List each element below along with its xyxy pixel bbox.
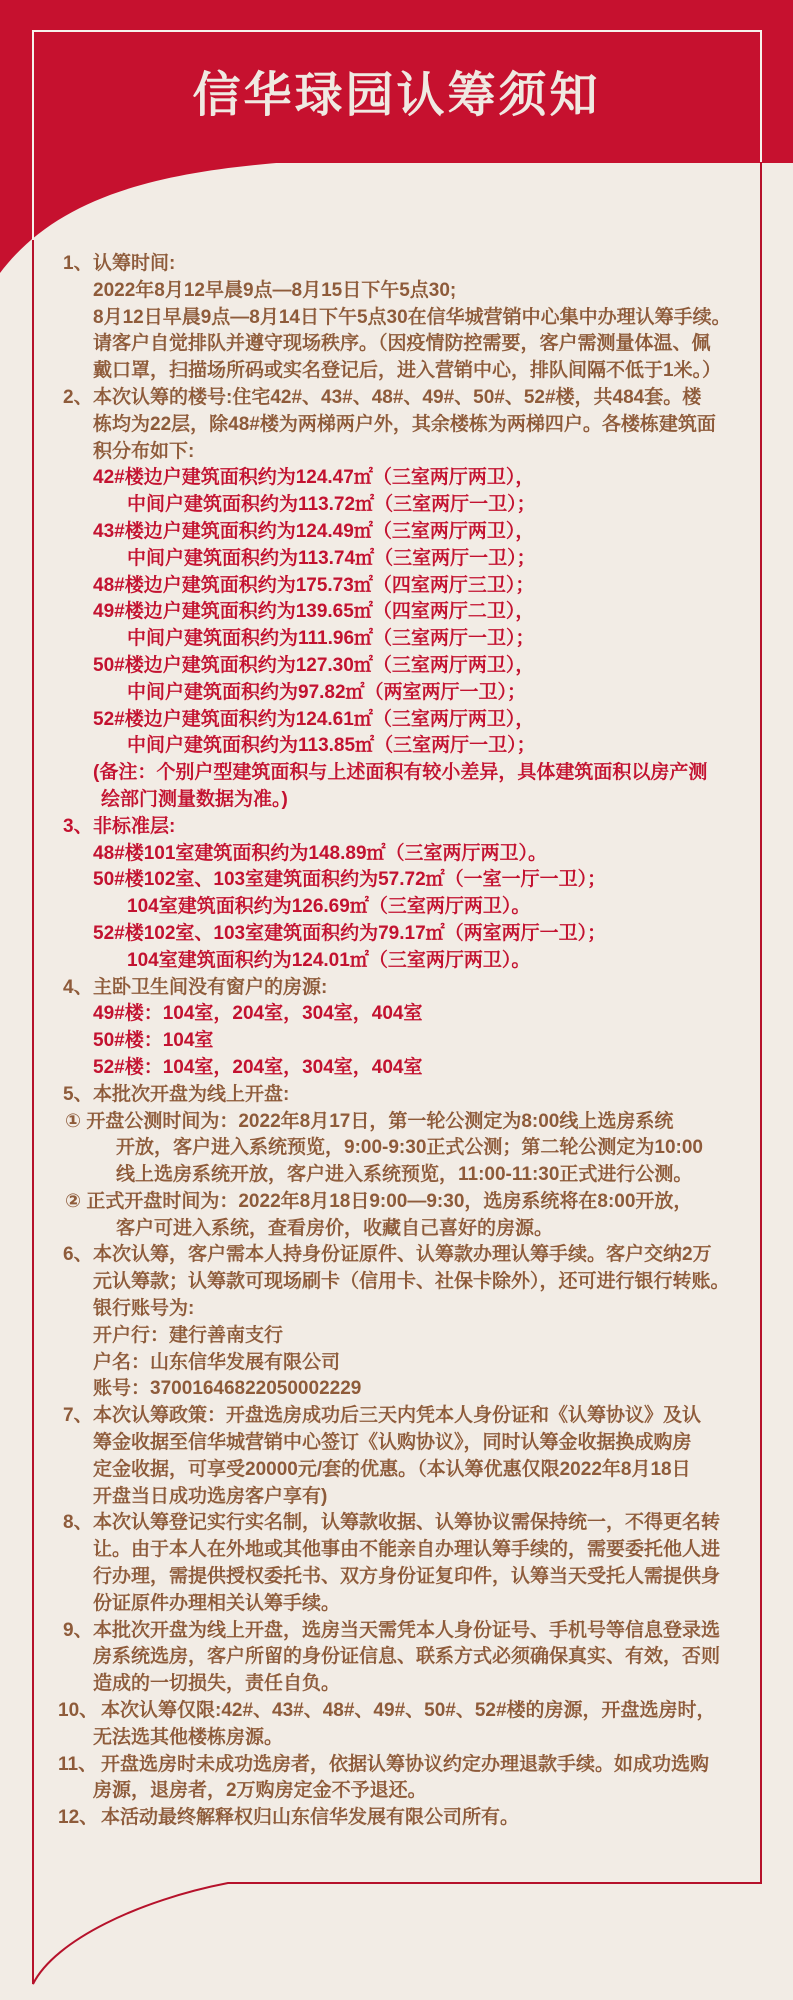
notice-line: ② 正式开盘时间为：2022年8月18日9:00—9:30，选房系统将在8:00…: [0, 1189, 793, 1216]
item-number: 9、: [63, 1618, 93, 1645]
notice-line: 6、本次认筹，客户需本人持身份证原件、认筹款办理认筹手续。客户交纳2万: [0, 1242, 793, 1269]
notice-line: 3、非标准层:: [0, 814, 793, 841]
notice-line: 50#楼102室、103室建筑面积约为57.72㎡（一室一厅一卫）；: [0, 867, 793, 894]
notice-line: 元认筹款；认筹款可现场刷卡（信用卡、社保卡除外），还可进行银行转账。: [0, 1269, 793, 1296]
notice-line: 开盘当日成功选房客户享有): [0, 1484, 793, 1511]
notice-line: 中间户建筑面积约为97.82㎡（两室两厅一卫）；: [0, 680, 793, 707]
notice-line: 43#楼边户建筑面积约为124.49㎡（三室两厅两卫），: [0, 519, 793, 546]
notice-line: 请客户自觉排队并遵守现场秩序。（因疫情防控需要，客户需测量体温、佩: [0, 331, 793, 358]
notice-line: 48#楼边户建筑面积约为175.73㎡（四室两厅三卫）；: [0, 573, 793, 600]
notice-line: 账号：37001646822050002229: [0, 1376, 793, 1403]
item-number: 3、: [63, 814, 93, 841]
item-number: 5、: [63, 1082, 93, 1109]
notice-line: 无法选其他楼栋房源。: [0, 1725, 793, 1752]
notice-line: 开户行：建行善南支行: [0, 1323, 793, 1350]
notice-line: 户名：山东信华发展有限公司: [0, 1350, 793, 1377]
notice-line: 50#楼：104室: [0, 1028, 793, 1055]
notice-line: 客户可进入系统，查看房价，收藏自己喜好的房源。: [0, 1216, 793, 1243]
item-number: 6、: [63, 1242, 93, 1269]
notice-line: 10、本次认筹仅限:42#、43#、48#、49#、50#、52#楼的房源，开盘…: [0, 1698, 793, 1725]
notice-line: ① 开盘公测时间为：2022年8月17日，第一轮公测定为8:00线上选房系统: [0, 1109, 793, 1136]
item-number: 11、: [58, 1752, 97, 1779]
notice-line: 戴口罩，扫描场所码或实名登记后，进入营销中心，排队间隔不低于1米。）: [0, 358, 793, 385]
notice-line: 让。由于本人在外地或其他事由不能亲自办理认筹手续的，需要委托他人进: [0, 1537, 793, 1564]
notice-line: 银行账号为:: [0, 1296, 793, 1323]
notice-line: 行办理，需提供授权委托书、双方身份证复印件，认筹当天受托人需提供身: [0, 1564, 793, 1591]
notice-line: 栋均为22层，除48#楼为两梯两户外，其余楼栋为两梯四户。各楼栋建筑面: [0, 412, 793, 439]
notice-line: 50#楼边户建筑面积约为127.30㎡（三室两厅两卫），: [0, 653, 793, 680]
item-number: 1、: [63, 251, 93, 278]
notice-line: 开放，客户进入系统预览，9:00-9:30正式公测；第二轮公测定为10:00: [0, 1135, 793, 1162]
item-number: 7、: [63, 1403, 93, 1430]
notice-line: 房源，退房者，2万购房定金不予退还。: [0, 1778, 793, 1805]
notice-line: 9、本批次开盘为线上开盘，选房当天需凭本人身份证号、手机号等信息登录选: [0, 1618, 793, 1645]
notice-line: 48#楼101室建筑面积约为148.89㎡（三室两厅两卫）。: [0, 841, 793, 868]
notice-body: 1、认筹时间:2022年8月12早晨9点—8月15日下午5点30;8月12日早晨…: [0, 251, 793, 1832]
item-number: 10、: [58, 1698, 98, 1725]
notice-line: 中间户建筑面积约为113.74㎡（三室两厅一卫）；: [0, 546, 793, 573]
notice-line: 49#楼：104室，204室，304室，404室: [0, 1001, 793, 1028]
notice-line: 中间户建筑面积约为113.85㎡（三室两厅一卫）；: [0, 733, 793, 760]
notice-line: 中间户建筑面积约为111.96㎡（三室两厅一卫）；: [0, 626, 793, 653]
item-number: 4、: [63, 975, 93, 1002]
item-number: 12、: [58, 1805, 98, 1832]
notice-line: 绘部门测量数据为准。): [0, 787, 793, 814]
notice-line: 造成的一切损失，责任自负。: [0, 1671, 793, 1698]
notice-line: 52#楼：104室，204室，304室，404室: [0, 1055, 793, 1082]
notice-line: 5、本批次开盘为线上开盘:: [0, 1082, 793, 1109]
notice-line: (备注：个别户型建筑面积与上述面积有较小差异，具体建筑面积以房产测: [0, 760, 793, 787]
notice-line: 42#楼边户建筑面积约为124.47㎡（三室两厅两卫），: [0, 465, 793, 492]
notice-line: 线上选房系统开放，客户进入系统预览，11:00-11:30正式进行公测。: [0, 1162, 793, 1189]
notice-line: 7、本次认筹政策：开盘选房成功后三天内凭本人身份证和《认筹协议》及认: [0, 1403, 793, 1430]
notice-line: 104室建筑面积约为126.69㎡（三室两厅两卫）。: [0, 894, 793, 921]
notice-line: 中间户建筑面积约为113.72㎡（三室两厅一卫）；: [0, 492, 793, 519]
item-number: 8、: [63, 1510, 93, 1537]
notice-line: 1、认筹时间:: [0, 251, 793, 278]
notice-line: 49#楼边户建筑面积约为139.65㎡（四室两厅二卫），: [0, 599, 793, 626]
notice-line: 定金收据，可享受20000元/套的优惠。（本认筹优惠仅限2022年8月18日: [0, 1457, 793, 1484]
notice-line: 4、主卧卫生间没有窗户的房源:: [0, 975, 793, 1002]
notice-line: 份证原件办理相关认筹手续。: [0, 1591, 793, 1618]
notice-line: 52#楼102室、103室建筑面积约为79.17㎡（两室两厅一卫）；: [0, 921, 793, 948]
notice-line: 12、本活动最终解释权归山东信华发展有限公司所有。: [0, 1805, 793, 1832]
poster-page: 信华琭园认筹须知 1、认筹时间:2022年8月12早晨9点—8月15日下午5点3…: [0, 0, 793, 2000]
page-title: 信华琭园认筹须知: [0, 56, 793, 125]
notice-line: 8、本次认筹登记实行实名制，认筹款收据、认筹协议需保持统一，不得更名转: [0, 1510, 793, 1537]
notice-line: 2022年8月12早晨9点—8月15日下午5点30;: [0, 278, 793, 305]
notice-line: 8月12日早晨9点—8月14日下午5点30在信华城营销中心集中办理认筹手续。: [0, 305, 793, 332]
notice-line: 104室建筑面积约为124.01㎡（三室两厅两卫）。: [0, 948, 793, 975]
notice-line: 筹金收据至信华城营销中心签订《认购协议》，同时认筹金收据换成购房: [0, 1430, 793, 1457]
notice-line: 11、开盘选房时未成功选房者，依据认筹协议约定办理退款手续。如成功选购: [0, 1752, 793, 1779]
notice-line: 2、本次认筹的楼号:住宅42#、43#、48#、49#、50#、52#楼，共48…: [0, 385, 793, 412]
notice-line: 52#楼边户建筑面积约为124.61㎡（三室两厅两卫），: [0, 707, 793, 734]
notice-line: 积分布如下:: [0, 439, 793, 466]
item-number: 2、: [63, 385, 93, 412]
notice-line: 房系统选房，客户所留的身份证信息、联系方式必须确保真实、有效，否则: [0, 1644, 793, 1671]
